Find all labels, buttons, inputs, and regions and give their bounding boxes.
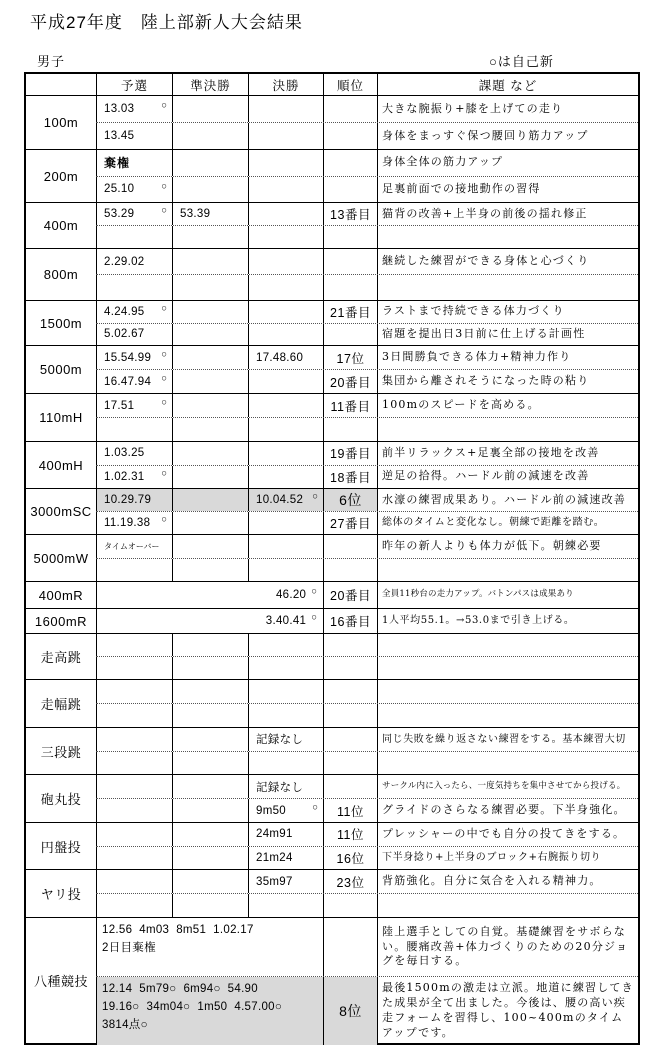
rank-cell: 23位	[323, 870, 377, 893]
event-label: 200m	[26, 150, 96, 202]
result-row	[96, 634, 638, 656]
event-label: 100m	[26, 96, 96, 149]
event-label: 800m	[26, 249, 96, 300]
final-cell: 24m91	[248, 823, 323, 846]
event-rows: 3.40.41○16番目1人平均55.1。→53.0まで引き上げる。	[96, 609, 638, 633]
result-row	[96, 274, 638, 300]
event-label: 1500m	[26, 301, 96, 345]
semifinal-cell	[172, 657, 248, 679]
semifinal-cell	[172, 150, 248, 176]
event-rows: 4.24.95○21番目ラストまで持続できる体力づくり5.02.67宿題を提出日…	[96, 301, 638, 345]
semifinal-cell	[172, 226, 248, 248]
result-row	[96, 417, 638, 441]
page-title: 平成27年度 陸上部新人大会結果	[30, 8, 303, 33]
event-block-5000m: 5000m15.54.99○17.48.6017位3日間勝負できる体力+精神力作…	[26, 345, 638, 393]
task-cell	[377, 752, 638, 775]
event-block-200m: 200m棄権身体全体の筋力アップ25.10○足裏前面での接地動作の習得	[26, 149, 638, 202]
semifinal-cell	[172, 894, 248, 917]
personal-best-circle-icon: ○	[161, 304, 167, 314]
event-label: 5000m	[26, 346, 96, 393]
prelim-cell: 13.45	[96, 123, 172, 149]
result-value: 5.02.67	[104, 328, 144, 340]
result-value: 16.47.94	[104, 376, 151, 388]
personal-best-circle-icon: ○	[161, 182, 167, 192]
prelim-cell	[96, 275, 172, 300]
event-block-3000mSC: 3000mSC10.29.7910.04.52○6位水濠の練習成果あり。ハードル…	[26, 488, 638, 534]
semifinal-cell	[172, 275, 248, 300]
final-cell	[248, 177, 323, 203]
rank-cell	[323, 324, 377, 346]
task-cell: プレッシャーの中でも自分の投てきをする。	[377, 823, 638, 846]
task-cell: 足裏前面での接地動作の習得	[377, 177, 638, 203]
result-row: 24m9111位プレッシャーの中でも自分の投てきをする。	[96, 823, 638, 846]
event-rows: 13.03○大きな腕振り+膝を上げての走り13.45身体をまっすぐ保つ腰回り筋力…	[96, 96, 638, 149]
event-block-400m: 400m53.29○53.3913番目猫背の改善+上半身の前後の揺れ修正	[26, 202, 638, 248]
prelim-cell	[96, 559, 172, 582]
rank-cell: 8位	[323, 977, 377, 1045]
task-cell: 逆足の拾得。ハードル前の減速を改善	[377, 466, 638, 489]
rank-cell: 11番目	[323, 394, 377, 417]
result-value: 53.39	[180, 208, 210, 220]
task-cell	[377, 418, 638, 441]
prelim-cell	[96, 823, 172, 846]
result-row: 11.19.38○27番目総体のタイムと変化なし。朝練で距離を踏む。	[96, 511, 638, 534]
final-cell	[248, 704, 323, 727]
result-row: 25.10○足裏前面での接地動作の習得	[96, 176, 638, 203]
header-task: 課題 など	[377, 74, 638, 95]
prelim-cell: 13.03○	[96, 96, 172, 122]
final-cell	[248, 512, 323, 534]
semifinal-cell	[172, 123, 248, 149]
result-row: 2.29.02継続した練習ができる身体と心づくり	[96, 249, 638, 274]
event-label: 走幅跳	[26, 680, 96, 727]
event-label: 5000mW	[26, 535, 96, 581]
event-block-1600mR: 1600mR3.40.41○16番目1人平均55.1。→53.0まで引き上げる。	[26, 608, 638, 633]
prelim-cell: 4.24.95○	[96, 301, 172, 323]
event-label: 400m	[26, 203, 96, 248]
semifinal-cell	[172, 728, 248, 751]
semifinal-cell	[172, 301, 248, 323]
semifinal-cell	[172, 466, 248, 489]
event-rows: 53.29○53.3913番目猫背の改善+上半身の前後の揺れ修正	[96, 203, 638, 248]
merged-result-cell: 12.14 5m79○ 6m94○ 54.90 19.16○ 34m04○ 1m…	[96, 977, 323, 1045]
final-cell	[248, 324, 323, 346]
header-event	[26, 74, 96, 95]
task-cell	[377, 704, 638, 727]
rank-cell	[323, 418, 377, 441]
gender-label: 男子	[37, 51, 65, 70]
final-cell: 記録なし	[248, 728, 323, 751]
result-value: 17.51	[104, 400, 134, 412]
result-row: 4.24.95○21番目ラストまで持続できる体力づくり	[96, 301, 638, 323]
task-cell: グライドのさらなる練習必要。下半身強化。	[377, 799, 638, 822]
result-value: 21m24	[256, 852, 293, 864]
task-cell: 身体をまっすぐ保つ腰回り筋力アップ	[377, 123, 638, 149]
event-rows: 棄権身体全体の筋力アップ25.10○足裏前面での接地動作の習得	[96, 150, 638, 202]
result-row: 9m50○11位グライドのさらなる練習必要。下半身強化。	[96, 798, 638, 822]
personal-best-circle-icon: ○	[161, 515, 167, 525]
result-row: 46.20○20番目全員11秒台の走力アップ。バトンパスは成果あり	[96, 582, 638, 608]
task-cell: 100mのスピードを高める。	[377, 394, 638, 417]
task-cell: 継続した練習ができる身体と心づくり	[377, 249, 638, 274]
result-row	[96, 225, 638, 248]
rank-cell: 11位	[323, 799, 377, 822]
event-block-100m: 100m13.03○大きな腕振り+膝を上げての走り13.45身体をまっすぐ保つ腰…	[26, 96, 638, 149]
final-cell: 9m50○	[248, 799, 323, 822]
result-row: 記録なし同じ失敗を繰り返さない練習をする。基本練習大切	[96, 728, 638, 751]
event-block-1500m: 1500m4.24.95○21番目ラストまで持続できる体力づくり5.02.67宿…	[26, 300, 638, 345]
result-row: 17.51○11番目100mのスピードを高める。	[96, 394, 638, 417]
event-rows	[96, 680, 638, 727]
result-row: 3.40.41○16番目1人平均55.1。→53.0まで引き上げる。	[96, 609, 638, 633]
task-cell: 背筋強化。自分に気合を入れる精神力。	[377, 870, 638, 893]
prelim-cell: 10.29.79	[96, 489, 172, 511]
result-row	[96, 656, 638, 679]
prelim-cell	[96, 799, 172, 822]
result-value: 10.04.52	[256, 494, 303, 506]
semifinal-cell	[172, 775, 248, 798]
result-value: 2.29.02	[104, 256, 144, 268]
merged-result-cell: 12.56 4m03 8m51 1.02.17 2日目棄権	[96, 918, 323, 976]
prelim-cell: 16.47.94○	[96, 370, 172, 393]
result-row: 21m2416位下半身捻り+上半身のブロック+右腕振り切り	[96, 846, 638, 870]
rank-cell: 20番目	[323, 582, 377, 608]
final-cell	[248, 275, 323, 300]
result-value: 1.02.31	[104, 471, 144, 483]
event-block-三段跳: 三段跳記録なし同じ失敗を繰り返さない練習をする。基本練習大切	[26, 727, 638, 774]
task-cell	[377, 680, 638, 703]
rank-cell	[323, 680, 377, 703]
result-value: 53.29	[104, 208, 134, 220]
event-label: 砲丸投	[26, 775, 96, 822]
event-label: 円盤投	[26, 823, 96, 869]
semifinal-cell	[172, 442, 248, 465]
personal-best-circle-icon: ○	[161, 350, 167, 360]
header-preliminary: 予選	[96, 74, 172, 95]
final-cell	[248, 150, 323, 176]
event-block-ヤリ投: ヤリ投35m9723位背筋強化。自分に気合を入れる精神力。	[26, 869, 638, 917]
task-cell: 全員11秒台の走力アップ。バトンパスは成果あり	[377, 582, 638, 608]
event-label: 1600mR	[26, 609, 96, 633]
rank-cell	[323, 177, 377, 203]
final-cell	[248, 680, 323, 703]
rank-cell	[323, 535, 377, 558]
prelim-cell	[96, 847, 172, 870]
result-value: 12.56 4m03 8m51 1.02.17 2日目棄権	[102, 922, 318, 958]
result-row: 35m9723位背筋強化。自分に気合を入れる精神力。	[96, 870, 638, 893]
task-cell: 総体のタイムと変化なし。朝練で距離を踏む。	[377, 512, 638, 534]
final-cell	[248, 657, 323, 679]
result-value: 13.45	[104, 130, 134, 142]
prelim-cell	[96, 634, 172, 656]
semifinal-cell	[172, 680, 248, 703]
rank-cell	[323, 226, 377, 248]
header-final: 決勝	[248, 74, 323, 95]
result-row: 13.45身体をまっすぐ保つ腰回り筋力アップ	[96, 122, 638, 149]
result-value: 棄権	[104, 154, 130, 171]
event-rows: 46.20○20番目全員11秒台の走力アップ。バトンパスは成果あり	[96, 582, 638, 608]
event-block-800m: 800m2.29.02継続した練習ができる身体と心づくり	[26, 248, 638, 300]
result-row	[96, 558, 638, 582]
semifinal-cell	[172, 346, 248, 369]
result-row	[96, 703, 638, 727]
prelim-cell: 2.29.02	[96, 249, 172, 274]
semifinal-cell	[172, 752, 248, 775]
prelim-cell	[96, 657, 172, 679]
result-value: 25.10	[104, 183, 134, 195]
personal-best-circle-icon: ○	[311, 613, 317, 623]
rank-cell	[323, 728, 377, 751]
result-row: 1.03.2519番目前半リラックス+足裏全部の接地を改善	[96, 442, 638, 465]
prelim-cell: 53.29○	[96, 203, 172, 225]
personal-best-circle-icon: ○	[161, 374, 167, 384]
event-block-走高跳: 走高跳	[26, 633, 638, 679]
table-body: 100m13.03○大きな腕振り+膝を上げての走り13.45身体をまっすぐ保つ腰…	[26, 96, 638, 1043]
result-row: 15.54.99○17.48.6017位3日間勝負できる体力+精神力作り	[96, 346, 638, 369]
prelim-cell: 1.02.31○	[96, 466, 172, 489]
final-cell	[248, 442, 323, 465]
semifinal-cell	[172, 177, 248, 203]
task-cell	[377, 634, 638, 656]
task-cell: 陸上選手としての自覚。基礎練習をサボらない。腰痛改善+体力づくりのための20分ジ…	[377, 918, 638, 976]
rank-cell	[323, 752, 377, 775]
result-value: 1.03.25	[104, 447, 144, 459]
event-rows: 15.54.99○17.48.6017位3日間勝負できる体力+精神力作り16.4…	[96, 346, 638, 393]
prelim-cell: 棄権	[96, 150, 172, 176]
rank-cell: 11位	[323, 823, 377, 846]
prelim-cell: 15.54.99○	[96, 346, 172, 369]
rank-cell: 13番目	[323, 203, 377, 225]
final-cell	[248, 894, 323, 917]
result-value: タイムオーバー	[104, 541, 159, 552]
result-row: 12.56 4m03 8m51 1.02.17 2日目棄権陸上選手としての自覚。…	[96, 918, 638, 976]
event-rows	[96, 634, 638, 679]
result-row	[96, 893, 638, 917]
rank-cell	[323, 775, 377, 798]
event-rows: タイムオーバー昨年の新人よりも体力が低下。朝練必要	[96, 535, 638, 581]
result-value: 24m91	[256, 828, 293, 840]
final-cell: 10.04.52○	[248, 489, 323, 511]
result-value: 46.20	[276, 589, 306, 601]
semifinal-cell	[172, 704, 248, 727]
prelim-cell: 25.10○	[96, 177, 172, 203]
semifinal-cell	[172, 823, 248, 846]
rank-cell	[323, 96, 377, 122]
prelim-cell	[96, 226, 172, 248]
event-label: 110mH	[26, 394, 96, 441]
event-rows: 記録なし同じ失敗を繰り返さない練習をする。基本練習大切	[96, 728, 638, 774]
rank-cell	[323, 704, 377, 727]
task-cell	[377, 559, 638, 582]
event-rows: 2.29.02継続した練習ができる身体と心づくり	[96, 249, 638, 300]
final-cell	[248, 123, 323, 149]
semifinal-cell	[172, 324, 248, 346]
results-table: 予選 準決勝 決勝 順位 課題 など 100m13.03○大きな腕振り+膝を上げ…	[24, 72, 640, 1045]
rank-cell	[323, 150, 377, 176]
result-value: 13.03	[104, 103, 134, 115]
semifinal-cell	[172, 847, 248, 870]
rank-cell: 16位	[323, 847, 377, 870]
final-cell	[248, 634, 323, 656]
event-label: 走高跳	[26, 634, 96, 679]
event-block-砲丸投: 砲丸投記録なしサークル内に入ったら、一度気持ちを集中させてから投げる。9m50○…	[26, 774, 638, 822]
semifinal-cell	[172, 559, 248, 582]
event-rows: 24m9111位プレッシャーの中でも自分の投てきをする。21m2416位下半身捻…	[96, 823, 638, 869]
event-label: 三段跳	[26, 728, 96, 774]
rank-cell: 6位	[323, 489, 377, 511]
merged-result-cell: 3.40.41○	[96, 609, 323, 633]
result-row: 記録なしサークル内に入ったら、一度気持ちを集中させてから投げる。	[96, 775, 638, 798]
task-cell: 大きな腕振り+膝を上げての走り	[377, 96, 638, 122]
task-cell: 同じ失敗を繰り返さない練習をする。基本練習大切	[377, 728, 638, 751]
result-value: 11.19.38	[104, 517, 150, 529]
header-rank: 順位	[323, 74, 377, 95]
rank-cell	[323, 657, 377, 679]
final-cell	[248, 752, 323, 775]
task-cell	[377, 226, 638, 248]
result-value: 15.54.99	[104, 352, 151, 364]
task-cell	[377, 275, 638, 300]
result-row: 1.02.31○18番目逆足の拾得。ハードル前の減速を改善	[96, 465, 638, 489]
result-row: 13.03○大きな腕振り+膝を上げての走り	[96, 96, 638, 122]
table-header-row: 予選 準決勝 決勝 順位 課題 など	[26, 74, 638, 96]
task-cell: 1人平均55.1。→53.0まで引き上げる。	[377, 609, 638, 633]
result-value: 12.14 5m79○ 6m94○ 54.90 19.16○ 34m04○ 1m…	[102, 981, 318, 1034]
semifinal-cell	[172, 394, 248, 417]
result-row: 53.29○53.3913番目猫背の改善+上半身の前後の揺れ修正	[96, 203, 638, 225]
final-cell	[248, 418, 323, 441]
task-cell: 3日間勝負できる体力+精神力作り	[377, 346, 638, 369]
task-cell	[377, 657, 638, 679]
event-label: 八種競技	[26, 918, 96, 1043]
event-block-走幅跳: 走幅跳	[26, 679, 638, 727]
final-cell	[248, 96, 323, 122]
result-value: 4.24.95	[104, 306, 144, 318]
result-value: 3.40.41	[266, 615, 306, 627]
event-rows: 記録なしサークル内に入ったら、一度気持ちを集中させてから投げる。9m50○11位…	[96, 775, 638, 822]
personal-best-circle-icon: ○	[311, 587, 317, 597]
semifinal-cell	[172, 512, 248, 534]
final-cell	[248, 370, 323, 393]
task-cell: 下半身捻り+上半身のブロック+右腕振り切り	[377, 847, 638, 870]
personal-best-circle-icon: ○	[161, 206, 167, 216]
prelim-cell	[96, 418, 172, 441]
result-row: 棄権身体全体の筋力アップ	[96, 150, 638, 176]
rank-cell: 16番目	[323, 609, 377, 633]
event-label: 400mH	[26, 442, 96, 488]
event-block-400mH: 400mH1.03.2519番目前半リラックス+足裏全部の接地を改善1.02.3…	[26, 441, 638, 488]
final-cell: 17.48.60	[248, 346, 323, 369]
rank-cell: 17位	[323, 346, 377, 369]
event-block-八種競技: 八種競技12.56 4m03 8m51 1.02.17 2日目棄権陸上選手として…	[26, 917, 638, 1043]
result-value: 記録なし	[256, 779, 303, 795]
event-block-5000mW: 5000mWタイムオーバー昨年の新人よりも体力が低下。朝練必要	[26, 534, 638, 581]
result-row: 16.47.94○20番目集団から離されそうになった時の粘り	[96, 369, 638, 393]
rank-cell: 27番目	[323, 512, 377, 534]
rank-cell	[323, 634, 377, 656]
prelim-cell: 11.19.38○	[96, 512, 172, 534]
merged-result-cell: 46.20○	[96, 582, 323, 608]
final-cell	[248, 203, 323, 225]
event-rows: 35m9723位背筋強化。自分に気合を入れる精神力。	[96, 870, 638, 917]
result-row: タイムオーバー昨年の新人よりも体力が低下。朝練必要	[96, 535, 638, 558]
task-cell: 最後1500mの激走は立派。地道に練習してきた成果が全て出ました。今後は、腰の高…	[377, 977, 638, 1045]
event-rows: 10.29.7910.04.52○6位水濠の練習成果あり。ハードル前の減速改善1…	[96, 489, 638, 534]
final-cell: 35m97	[248, 870, 323, 893]
result-value: 35m97	[256, 876, 293, 888]
prelim-cell: 1.03.25	[96, 442, 172, 465]
rank-cell: 18番目	[323, 466, 377, 489]
task-cell: サークル内に入ったら、一度気持ちを集中させてから投げる。	[377, 775, 638, 798]
final-cell	[248, 301, 323, 323]
event-rows: 12.56 4m03 8m51 1.02.17 2日目棄権陸上選手としての自覚。…	[96, 918, 638, 1043]
personal-best-circle-icon: ○	[161, 398, 167, 408]
task-cell: 宿題を提出日3日前に仕上げる計画性	[377, 324, 638, 346]
final-cell	[248, 249, 323, 274]
semifinal-cell	[172, 96, 248, 122]
semifinal-cell	[172, 418, 248, 441]
event-label: ヤリ投	[26, 870, 96, 917]
task-cell: 身体全体の筋力アップ	[377, 150, 638, 176]
prelim-cell: タイムオーバー	[96, 535, 172, 558]
event-rows: 17.51○11番目100mのスピードを高める。	[96, 394, 638, 441]
result-value: 10.29.79	[104, 494, 151, 506]
prelim-cell	[96, 680, 172, 703]
personal-best-circle-icon: ○	[312, 492, 318, 502]
event-block-円盤投: 円盤投24m9111位プレッシャーの中でも自分の投てきをする。21m2416位下…	[26, 822, 638, 869]
result-value: 9m50	[256, 805, 286, 817]
prelim-cell	[96, 752, 172, 775]
semifinal-cell	[172, 249, 248, 274]
result-row: 12.14 5m79○ 6m94○ 54.90 19.16○ 34m04○ 1m…	[96, 976, 638, 1045]
personal-best-legend: ○は自己新	[489, 51, 554, 70]
task-cell: 昨年の新人よりも体力が低下。朝練必要	[377, 535, 638, 558]
header-semifinal: 準決勝	[172, 74, 248, 95]
rank-cell: 19番目	[323, 442, 377, 465]
event-block-110mH: 110mH17.51○11番目100mのスピードを高める。	[26, 393, 638, 441]
semifinal-cell	[172, 535, 248, 558]
task-cell: ラストまで持続できる体力づくり	[377, 301, 638, 323]
results-sheet: { "page": { "title": "平成27年度 陸上部新人大会結果",…	[0, 0, 669, 1063]
task-cell: 集団から離されそうになった時の粘り	[377, 370, 638, 393]
result-row	[96, 680, 638, 703]
final-cell	[248, 466, 323, 489]
semifinal-cell	[172, 489, 248, 511]
rank-cell	[323, 275, 377, 300]
prelim-cell	[96, 870, 172, 893]
event-rows: 1.03.2519番目前半リラックス+足裏全部の接地を改善1.02.31○18番…	[96, 442, 638, 488]
prelim-cell: 5.02.67	[96, 324, 172, 346]
task-cell	[377, 894, 638, 917]
final-cell: 21m24	[248, 847, 323, 870]
rank-cell	[323, 559, 377, 582]
task-cell: 前半リラックス+足裏全部の接地を改善	[377, 442, 638, 465]
task-cell: 猫背の改善+上半身の前後の揺れ修正	[377, 203, 638, 225]
event-block-400mR: 400mR46.20○20番目全員11秒台の走力アップ。バトンパスは成果あり	[26, 581, 638, 608]
final-cell: 記録なし	[248, 775, 323, 798]
rank-cell	[323, 249, 377, 274]
rank-cell	[323, 918, 377, 976]
prelim-cell	[96, 728, 172, 751]
rank-cell	[323, 123, 377, 149]
prelim-cell	[96, 775, 172, 798]
result-row	[96, 751, 638, 775]
event-label: 400mR	[26, 582, 96, 608]
result-row: 10.29.7910.04.52○6位水濠の練習成果あり。ハードル前の減速改善	[96, 489, 638, 511]
final-cell	[248, 559, 323, 582]
rank-cell: 21番目	[323, 301, 377, 323]
event-label: 3000mSC	[26, 489, 96, 534]
